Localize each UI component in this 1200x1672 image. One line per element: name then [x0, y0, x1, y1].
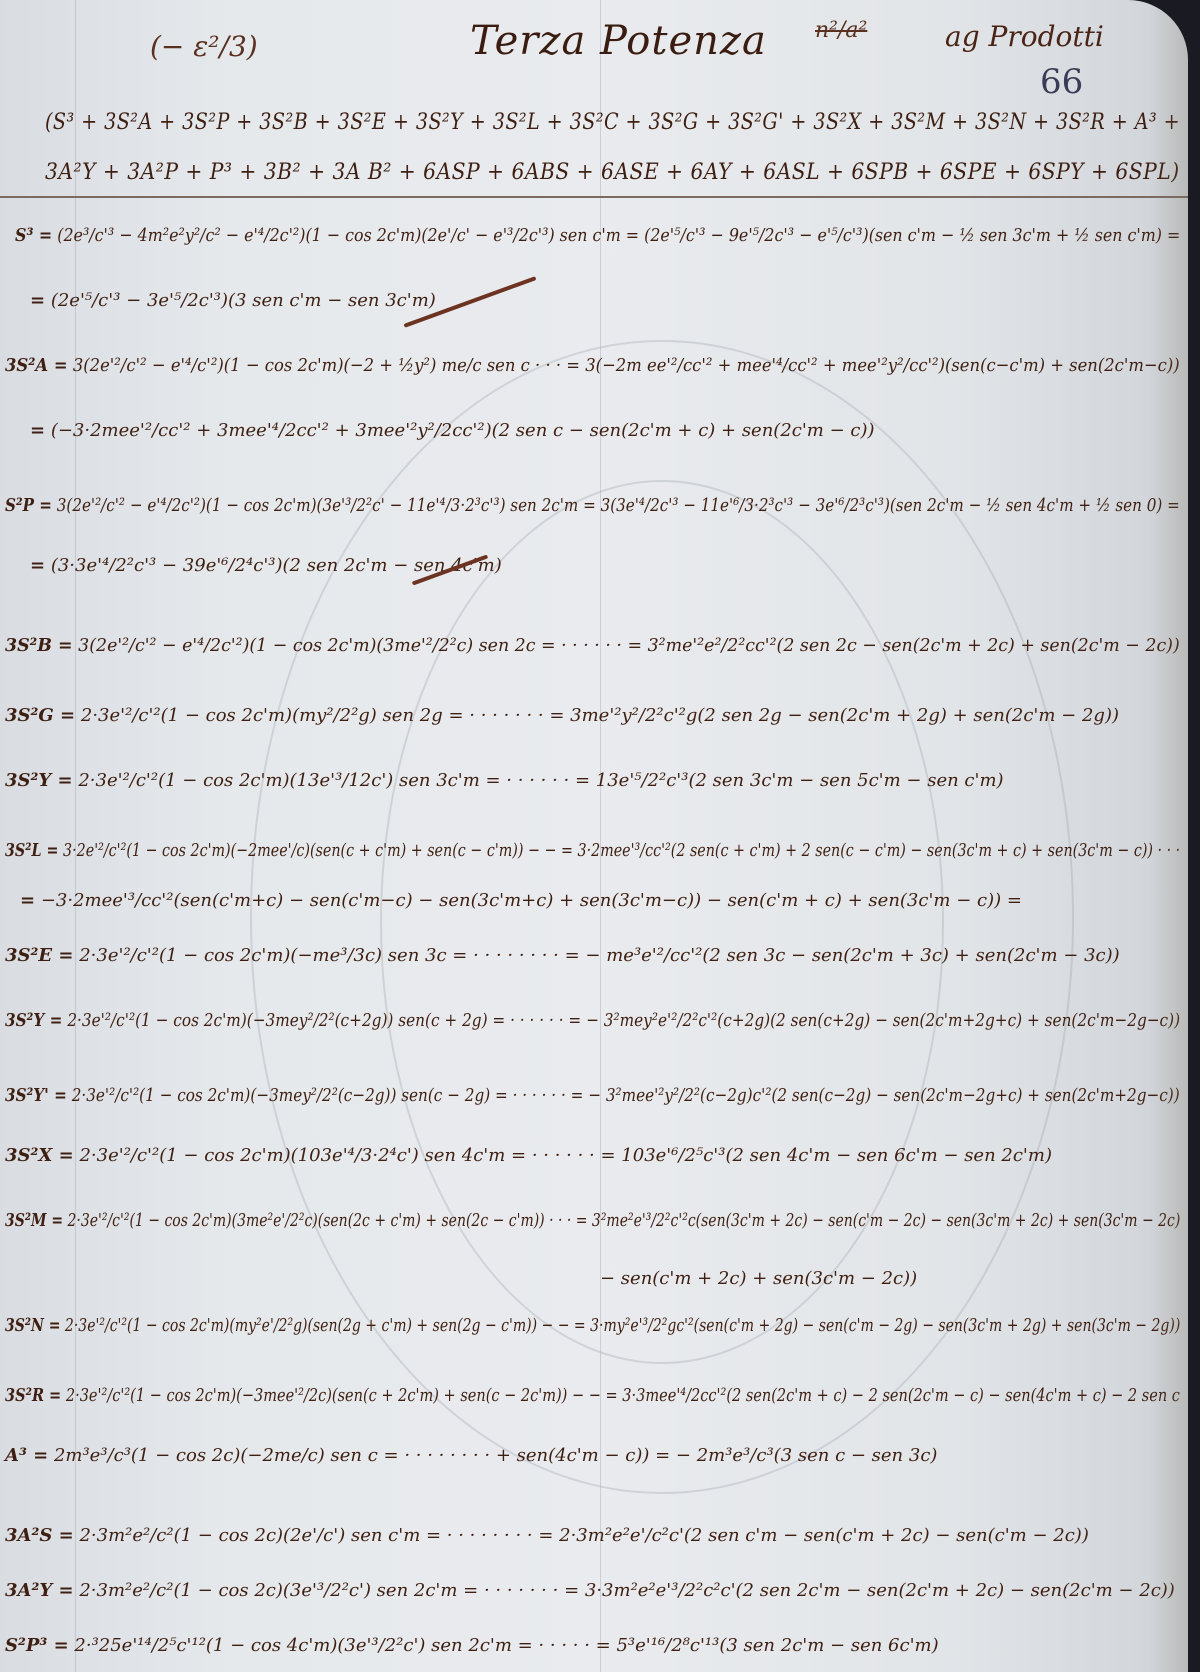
equation-row: 3S²X = 2·3e'²/c'²(1 − cos 2c'm)(103e'⁴/3…	[5, 1145, 1052, 1166]
equation-row: = (3·3e'⁴/2²c'³ − 39e'⁶/2⁴c'³)(2 sen 2c'…	[30, 555, 502, 576]
equation-row: 3S²N = 2·3e'²/c'²(1 − cos 2c'm)(my²e'/2²…	[5, 1315, 1180, 1336]
margin-line	[75, 0, 76, 1672]
equation-row: S²P³ = 2·³25e'¹⁴/2⁵c'¹²(1 − cos 4c'm)(3e…	[5, 1635, 939, 1656]
watermark-inner-ring	[380, 480, 944, 1364]
equation-row: 3S²E = 2·3e'²/c'²(1 − cos 2c'm)(−me³/3c)…	[5, 945, 1120, 966]
right-note: ag Prodotti	[945, 20, 1104, 53]
equation-row: 3A²S = 2·3m²e²/c²(1 − cos 2c)(2e'/c') se…	[5, 1525, 1089, 1546]
equation-row: S³ = (2e³/c'³ − 4m²e²y²/c² − e'⁴/2c'²)(1…	[15, 225, 1180, 246]
page-number: 66	[1040, 62, 1083, 102]
header-divider	[0, 196, 1188, 198]
equation-row: 3S²Y = 2·3e'²/c'²(1 − cos 2c'm)(−3mey²/2…	[5, 1010, 1180, 1031]
equation-row: A³ = 2m³e³/c³(1 − cos 2c)(−2me/c) sen c …	[5, 1445, 937, 1466]
page-title: Terza Potenza	[470, 18, 767, 64]
equation-row: 3A²Y = 2·3m²e²/c²(1 − cos 2c)(3e'³/2²c')…	[5, 1580, 1175, 1601]
expansion-line-1: (S³ + 3S²A + 3S²P + 3S²B + 3S²E + 3S²Y +…	[45, 110, 1180, 135]
expansion-line-2: 3A²Y + 3A²P + P³ + 3B² + 3A B² + 6ASP + …	[45, 160, 1180, 185]
manuscript-page: (− ε²/3) Terza Potenza n²/a² ag Prodotti…	[0, 0, 1188, 1672]
equation-row: 3S²R = 2·3e'²/c'²(1 − cos 2c'm)(−3mee'²/…	[5, 1385, 1180, 1406]
equation-row: 3S²Y' = 2·3e'²/c'²(1 − cos 2c'm)(−3mey²/…	[5, 1085, 1180, 1106]
equation-row: 3S²Y = 2·3e'²/c'²(1 − cos 2c'm)(13e'³/12…	[5, 770, 1004, 791]
equation-row: = (2e'⁵/c'³ − 3e'⁵/2c'³)(3 sen c'm − sen…	[30, 290, 436, 311]
crossed-note: n²/a²	[815, 18, 867, 43]
equation-row: = −3·2mee'³/cc'²(sen(c'm+c) − sen(c'm−c)…	[20, 890, 1022, 911]
equation-row: 3S²M = 2·3e'²/c'²(1 − cos 2c'm)(3me²e'/2…	[5, 1210, 1180, 1231]
equation-row: 3S²A = 3(2e'²/c'² − e'⁴/c'²)(1 − cos 2c'…	[5, 355, 1180, 376]
fraction-note: (− ε²/3)	[150, 30, 258, 63]
equation-row: 3S²L = 3·2e'²/c'²(1 − cos 2c'm)(−2mee'/c…	[5, 840, 1180, 861]
equation-row: 3S²B = 3(2e'²/c'² − e'⁴/2c'²)(1 − cos 2c…	[5, 635, 1180, 656]
equation-row: 3S²G = 2·3e'²/c'²(1 − cos 2c'm)(my²/2²g)…	[5, 705, 1119, 726]
equation-row: = (−3·2mee'²/cc'² + 3mee'⁴/2cc'² + 3mee'…	[30, 420, 875, 441]
equation-row: S²P = 3(2e'²/c'² − e'⁴/2c'²)(1 − cos 2c'…	[5, 495, 1180, 516]
equation-row: − sen(c'm + 2c) + sen(3c'm − 2c))	[600, 1268, 917, 1289]
